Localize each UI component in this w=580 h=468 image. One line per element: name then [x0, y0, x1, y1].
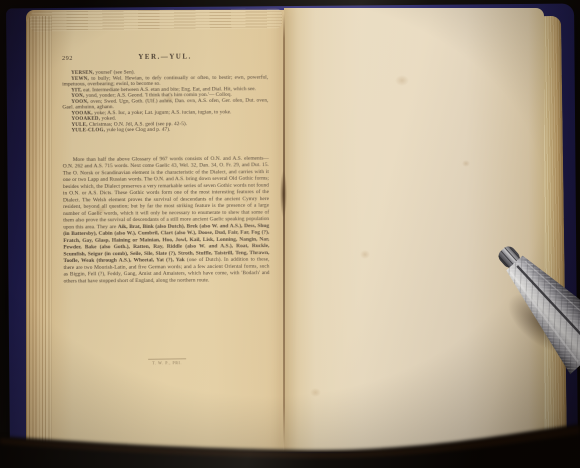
- foxing-spot: [310, 388, 321, 397]
- gutter-sewing-mark: [280, 170, 287, 218]
- imprint-rule: [148, 359, 186, 360]
- bottom-shadow: [0, 404, 580, 468]
- closing-text-intro: More than half the above Glossary of 967…: [63, 155, 269, 230]
- page-header: 292 YER.—YUL.: [62, 52, 268, 64]
- glossary-entry: YULE-CLOG, yule log (see Clog and p. 47)…: [63, 126, 269, 133]
- entry-headword: YIT,: [71, 87, 82, 93]
- closing-paragraph: More than half the above Glossary of 967…: [63, 155, 270, 285]
- foxing-spot: [462, 160, 470, 167]
- photograph-of-open-book: 292 YER.—YUL. YERSEN, yoursel' (see Sen)…: [0, 0, 580, 468]
- entry-definition: yule log (see Clog and p. 47).: [105, 126, 170, 132]
- printer-imprint: T. W. P., PRI.: [64, 358, 270, 366]
- entry-definition: oven; Swed. Ugn, Goth. (Ulf.) auhns, Dan…: [62, 97, 268, 110]
- imprint-text: T. W. P., PRI.: [64, 360, 270, 366]
- right-page-blank: [284, 8, 544, 452]
- gutter-fold-line: [283, 12, 285, 450]
- foxing-spot: [360, 250, 370, 259]
- running-head: YER.—YUL.: [62, 53, 268, 62]
- entry-headword: YULE-CLOG,: [72, 127, 106, 133]
- page-text: 292 YER.—YUL. YERSEN, yoursel' (see Sen)…: [62, 52, 270, 366]
- entry-headword: YULE,: [71, 122, 87, 128]
- silver-page-turner-object: [482, 232, 580, 382]
- printed-text-area: 292 YER.—YUL. YERSEN, yoursel' (see Sen)…: [62, 53, 268, 403]
- left-page-top-edges: [30, 8, 282, 32]
- left-page-fore-edges: [26, 16, 52, 446]
- glossary-entries: YERSEN, yoursel' (see Sen). YEWN, to bul…: [62, 69, 268, 134]
- entry-headword: YON,: [71, 93, 84, 99]
- foxing-spot: [395, 75, 409, 86]
